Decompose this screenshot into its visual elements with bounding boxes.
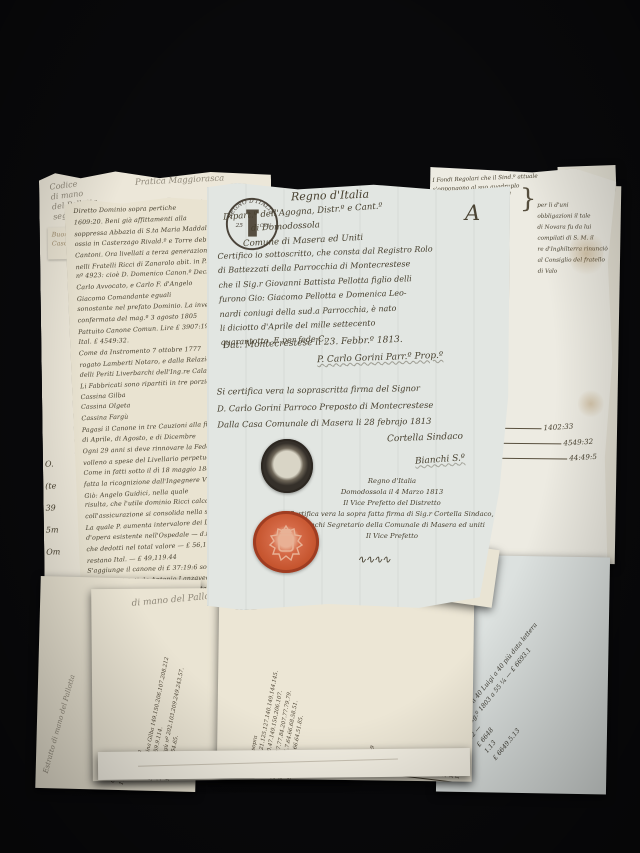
prefect-line: Il Vice Prefetto <box>289 531 495 542</box>
certificate-body: Certifico io sottoscritto, che consta da… <box>217 240 504 351</box>
pratica-note: Pratica Maggiorasca <box>135 174 225 188</box>
amount-value: 4549:32 <box>563 437 593 448</box>
prefect-line: Regno d'Italia <box>289 476 495 487</box>
brace-icon: } <box>520 184 537 214</box>
edge-fragment: 39 <box>45 497 59 519</box>
amount-value: 1402:33 <box>543 422 573 433</box>
amount-value: 44:49:5 <box>569 452 597 463</box>
annotation-line: obbligazioni il tale <box>537 211 611 223</box>
annotation-line: per li d'uni <box>537 200 611 212</box>
document-certificate: REGNO D'ITALIA 25 CEN. Regno d'Italia Di… <box>207 183 510 610</box>
paper-crease <box>138 759 398 767</box>
corner-letter: A <box>465 201 480 225</box>
edge-text-fragments: O.(te395mOm <box>45 453 61 563</box>
secretary-signature: Bianchi S.º <box>415 453 466 466</box>
mayor-signature: Cortella Sindaco <box>387 432 463 445</box>
pencil-vertical-note: Estratto di mano del Pallotta <box>42 674 77 774</box>
edge-fragment: Om <box>46 541 60 563</box>
prefect-line: Certifica vera la sopra fatta firma di S… <box>289 509 495 520</box>
edge-fragment: 5m <box>46 519 60 541</box>
edge-fragment: O. <box>45 453 59 475</box>
prefect-line: Domodossola il 4 Marzo 1813 <box>289 487 495 498</box>
prefect-line: Il Vice Prefetto del Distretto <box>289 498 495 509</box>
attestation-block: Si certifica vera la soprascritta firma … <box>217 378 506 433</box>
priest-signature: P. Carlo Gorini Parr.º Prop.º <box>317 351 443 365</box>
paper-bottom-strip <box>98 748 470 780</box>
annotation-line: di Novara fu da lui <box>537 222 611 234</box>
red-wax-seal-icon <box>253 511 319 573</box>
photo-of-documents: Codicedi manodel Pallottasegnati firmati… <box>0 0 640 853</box>
certificate-district: di Domodossola <box>251 220 320 234</box>
stamp-value: 25 <box>235 223 244 229</box>
prefect-line: Bianchi Segretario della Comunale di Mas… <box>289 520 495 531</box>
paper-stain <box>578 389 604 419</box>
prefect-block: Regno d'ItaliaDomodossola il 4 Marzo 181… <box>289 476 495 542</box>
edge-fragment: (te <box>45 475 59 497</box>
certificate-title: Regno d'Italia <box>291 188 369 204</box>
prefect-signature-scribble: ∿∿∿∿ <box>357 553 390 566</box>
